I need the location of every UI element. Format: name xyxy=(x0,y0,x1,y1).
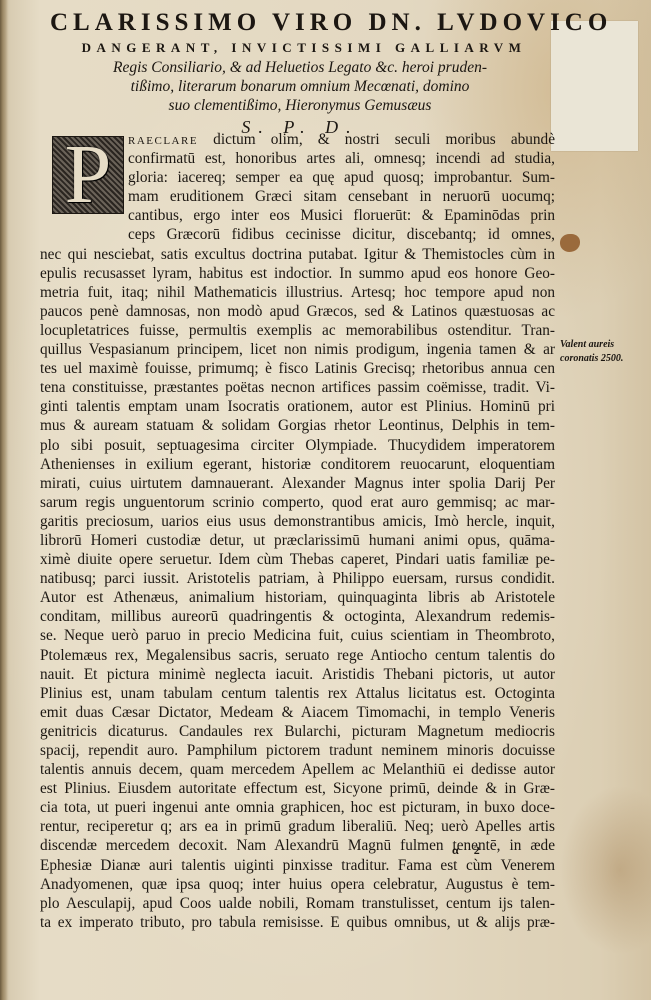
header-line-4: tißimo, literarum bonarum omnium Mecœnat… xyxy=(40,77,560,96)
header-line-1: CLARISSIMO VIRO DN. LVDOVICO xyxy=(50,8,560,38)
body-line: se. Neque uerò paruo in precio Medicina … xyxy=(40,626,555,645)
body-line: epulis recusasset lyram, habitus est ind… xyxy=(40,264,555,283)
body-line: mirati, cuius uirtutem damnauerant. Alex… xyxy=(40,474,555,493)
book-page: CLARISSIMO VIRO DN. LVDOVICO DANGERANT, … xyxy=(0,0,651,1000)
marginal-note-line-2: coronatis 2500. xyxy=(560,352,650,366)
body-line: conditam, millibus aureorū quadringentis… xyxy=(40,607,555,626)
body-line: locupletatrices fuisse, permultis exempl… xyxy=(40,321,555,340)
header-line-5: suo clementißimo, Hieronymus Gemusæus xyxy=(40,96,560,115)
body-line: tes uel maximè fouisse, primumq; è fisco… xyxy=(40,359,555,378)
body-line: Ephesiæ Dianæ auri talentis uiginti pinx… xyxy=(40,856,555,875)
body-line: natibusq; parci iussit. Aristotelis patr… xyxy=(40,569,555,588)
signature-mark: α 2 xyxy=(452,843,486,858)
body-line: librorū Homeri custodiæ detur, ut præcla… xyxy=(40,531,555,550)
paper-strip xyxy=(551,21,638,151)
body-line: Anadyomenen, quæ ipsa quoq; inter huius … xyxy=(40,875,555,894)
body-line: spacij, rependit auro. Pamphilum pictore… xyxy=(40,741,555,760)
body-line: nec qui nesciebat, satis excultus doctri… xyxy=(40,245,555,264)
body-line: genitricis dicaturus. Candaules rex Bula… xyxy=(40,722,555,741)
body-line: ceps Græcorū fidibus cecinisse dicitur, … xyxy=(40,225,555,244)
body-line: mam eruditionem Græci sitam censebant in… xyxy=(40,187,555,206)
marginal-note: Valent aureis coronatis 2500. xyxy=(560,338,650,366)
body-line: RAECLARE dictum olim, & nostri seculi mo… xyxy=(40,130,555,149)
body-line: Ptolemæus rex, Megalensibus sacris, seru… xyxy=(40,646,555,665)
body-line: paucos penè damnosas, non modò apud Græc… xyxy=(40,302,555,321)
body-line: mus & auream statuam & solidam Gorgias r… xyxy=(40,416,555,435)
body-line: emit duas Cæsar Dictator, Medeam & Aiace… xyxy=(40,703,555,722)
body-text: RAECLARE dictum olim, & nostri seculi mo… xyxy=(40,130,555,932)
body-line: confirmatū est, honoribus artes ali, omn… xyxy=(40,149,555,168)
dedication-header: CLARISSIMO VIRO DN. LVDOVICO DANGERANT, … xyxy=(40,8,560,138)
body-line: rentur, reciperetur q; ars ea in primū g… xyxy=(40,817,555,836)
body-line: nauit. Et pictura minimè neglecta iacuit… xyxy=(40,665,555,684)
body-line: Athenienses in exilium egerant, historiæ… xyxy=(40,455,555,474)
body-line: ta ex imperato tributo, pro tabula remis… xyxy=(40,913,555,932)
body-line: ximè diuite opere seruetur. Idem cùm The… xyxy=(40,550,555,569)
header-line-2: DANGERANT, INVICTISSIMI GALLIARVM xyxy=(48,38,560,58)
body-line: cia tota, ut pueri ingenui ante omnia gr… xyxy=(40,798,555,817)
body-line: talentis annuis decem, quam mercedem Ape… xyxy=(40,760,555,779)
body-line: metria fuit, itaq; nihil Mathematicis il… xyxy=(40,283,555,302)
body-line: gloria: iacereq; semper ea quę apud quos… xyxy=(40,168,555,187)
ink-stain xyxy=(560,234,580,252)
body-line: Autor est Athenæus, animalium historiam,… xyxy=(40,588,555,607)
binding-edge xyxy=(0,0,8,1000)
body-line: plo sibi posuit, septuagesima circiter O… xyxy=(40,436,555,455)
body-line: ginti talentis emptam unam Isocratis ora… xyxy=(40,397,555,416)
body-line: tena constituisse, præstantes poëtas nec… xyxy=(40,378,555,397)
body-line: sarum regis unguentorum scrinio comperto… xyxy=(40,493,555,512)
body-line: est Plinius. Eiusdem autoritate effectum… xyxy=(40,779,555,798)
marginal-note-line-1: Valent aureis xyxy=(560,338,650,352)
body-line: garitis preciosum, uarios eius usus demo… xyxy=(40,512,555,531)
body-line: quillus Vespasianum principem, licet non… xyxy=(40,340,555,359)
body-line: Plinius est, unam tabulam centum talenti… xyxy=(40,684,555,703)
first-word: RAECLARE xyxy=(128,135,198,147)
header-line-3: Regis Consiliario, & ad Heluetios Legato… xyxy=(40,58,560,77)
body-line: cantibus, ergo inter eos Musici floruerū… xyxy=(40,206,555,225)
body-line: plo Aesculapij, apud Coos ualde nobili, … xyxy=(40,894,555,913)
